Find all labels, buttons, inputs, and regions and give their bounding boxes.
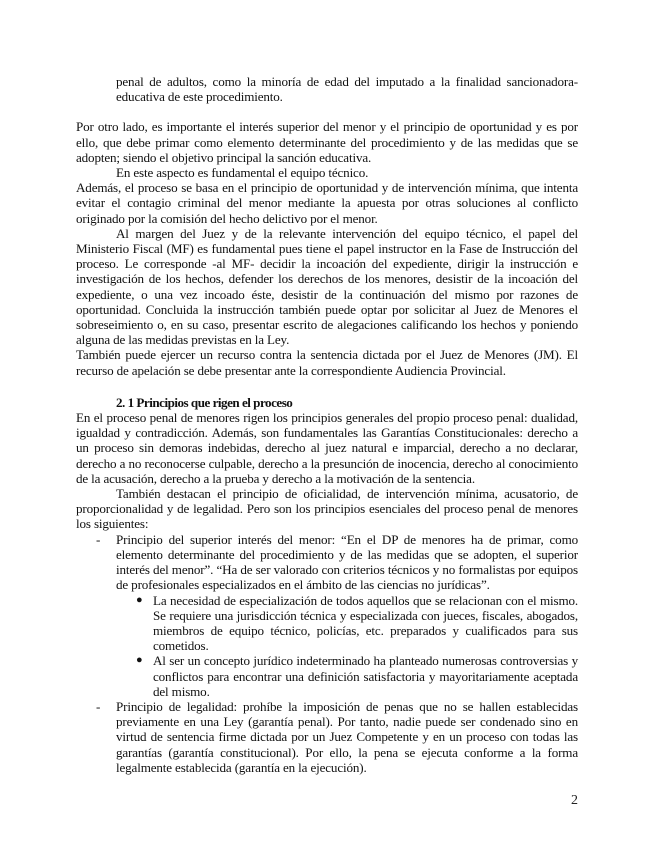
bullet-item-concepto-indeterminado: ● Al ser un concepto jurídico indetermin… [116, 653, 578, 699]
principles-list: - Principio del superior interés del men… [76, 532, 578, 775]
spacer [76, 104, 578, 119]
paragraph-ministerio-fiscal: Al margen del Juez y de la relevante int… [76, 226, 578, 348]
paragraph-oportunidad: Además, el proceso se basa en el princip… [76, 180, 578, 226]
paragraph-interes-superior: Por otro lado, es importante el interés … [76, 119, 578, 165]
paragraph-principios-esenciales: También destacan el principio de oficial… [76, 486, 578, 532]
paragraph-equipo-tecnico: En este aspecto es fundamental el equipo… [76, 165, 578, 180]
sub-bullet-list: ● La necesidad de especialización de tod… [116, 593, 578, 699]
spacer [76, 378, 578, 395]
list-item-text: Principio de legalidad: prohíbe la impos… [116, 699, 578, 775]
bullet-icon: ● [136, 593, 143, 608]
paragraph-recurso: También puede ejercer un recurso contra … [76, 347, 578, 377]
list-item-text: Principio del superior interés del menor… [116, 532, 578, 593]
dash-marker: - [96, 699, 100, 714]
bullet-text: La necesidad de especialización de todos… [153, 593, 578, 654]
list-item-legalidad: - Principio de legalidad: prohíbe la imp… [76, 699, 578, 775]
document-page: penal de adultos, como la minoría de eda… [76, 74, 578, 775]
continuation-paragraph: penal de adultos, como la minoría de eda… [116, 74, 578, 104]
paragraph-principios-generales: En el proceso penal de menores rigen los… [76, 410, 578, 486]
bullet-text: Al ser un concepto jurídico indeterminad… [153, 653, 578, 698]
dash-marker: - [96, 532, 100, 547]
page-number: 2 [571, 793, 578, 809]
bullet-icon: ● [136, 653, 143, 668]
list-item-superior-interes: - Principio del superior interés del men… [76, 532, 578, 699]
bullet-item-especializacion: ● La necesidad de especialización de tod… [116, 593, 578, 654]
section-heading: 2. 1 Principios que rigen el proceso [116, 395, 578, 410]
